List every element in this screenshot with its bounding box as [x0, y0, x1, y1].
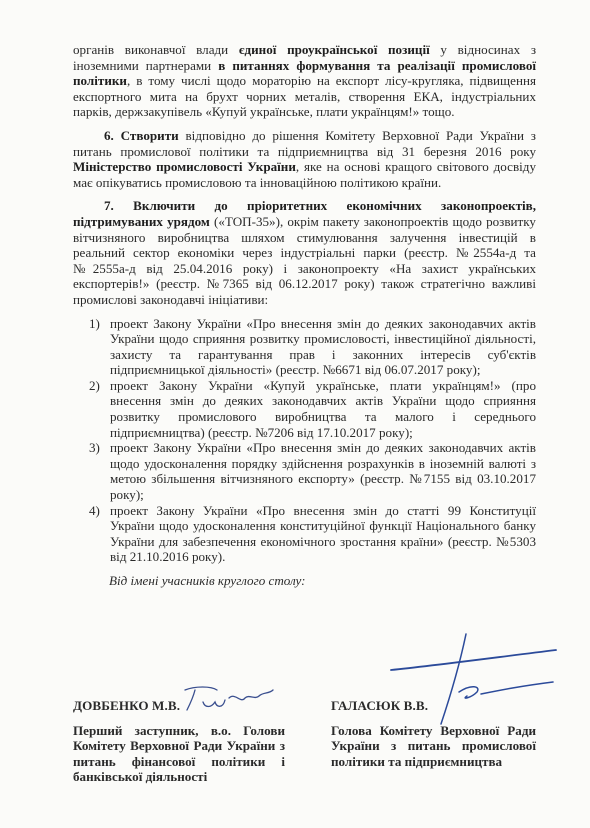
continuation-paragraph: органів виконавчої влади єдиної проукраї…: [73, 42, 536, 120]
list-item: 2)проект Закону України «Купуй українськ…: [73, 378, 536, 440]
bold-text-run: єдиної проукраїнської позиції: [239, 42, 430, 57]
draft-laws-list: 1)проект Закону України «Про внесення зм…: [73, 316, 536, 566]
list-item-text: проект Закону України «Про внесення змін…: [110, 440, 536, 502]
bold-text-run: Міністерство промисловості України: [73, 159, 296, 174]
document-page: органів виконавчої влади єдиної проукраї…: [73, 42, 536, 589]
signatory-left: ДОВБЕНКО М.В. Перший заступник, в.о. Гол…: [73, 698, 285, 785]
text-run: органів виконавчої влади: [73, 42, 239, 57]
list-number: 4): [89, 503, 100, 519]
list-number: 2): [89, 378, 100, 394]
closing-line: Від імені учасників круглого столу:: [73, 573, 536, 589]
text-run: , в тому числі щодо мораторію на експорт…: [73, 73, 536, 119]
item-number: 7.: [104, 198, 114, 213]
list-item-text: проект Закону України «Купуй українське,…: [110, 378, 536, 440]
list-number: 3): [89, 440, 100, 456]
signatory-title: Голова Комітету Верховної Ради України з…: [331, 723, 536, 770]
signatory-title: Перший заступник, в.о. Голови Комітету В…: [73, 723, 285, 785]
list-item: 1)проект Закону України «Про внесення зм…: [73, 316, 536, 378]
list-item: 3)проект Закону України «Про внесення зм…: [73, 440, 536, 502]
signatory-name: ГАЛАСЮК В.В.: [331, 698, 536, 714]
signatory-right: ГАЛАСЮК В.В. Голова Комітету Верховної Р…: [331, 698, 536, 785]
item-6-paragraph: 6. Створити відповідно до рішення Коміте…: [73, 128, 536, 190]
list-item: 4)проект Закону України «Про внесення зм…: [73, 503, 536, 565]
signatory-name: ДОВБЕНКО М.В.: [73, 698, 285, 714]
list-number: 1): [89, 316, 100, 332]
list-item-text: проект Закону України «Про внесення змін…: [110, 316, 536, 378]
list-item-text: проект Закону України «Про внесення змін…: [110, 503, 536, 565]
item-7-paragraph: 7. Включити до пріоритетних економічних …: [73, 198, 536, 307]
item-lead: Створити: [121, 128, 179, 143]
signature-block: ДОВБЕНКО М.В. Перший заступник, в.о. Гол…: [73, 698, 536, 785]
item-number: 6.: [104, 128, 114, 143]
